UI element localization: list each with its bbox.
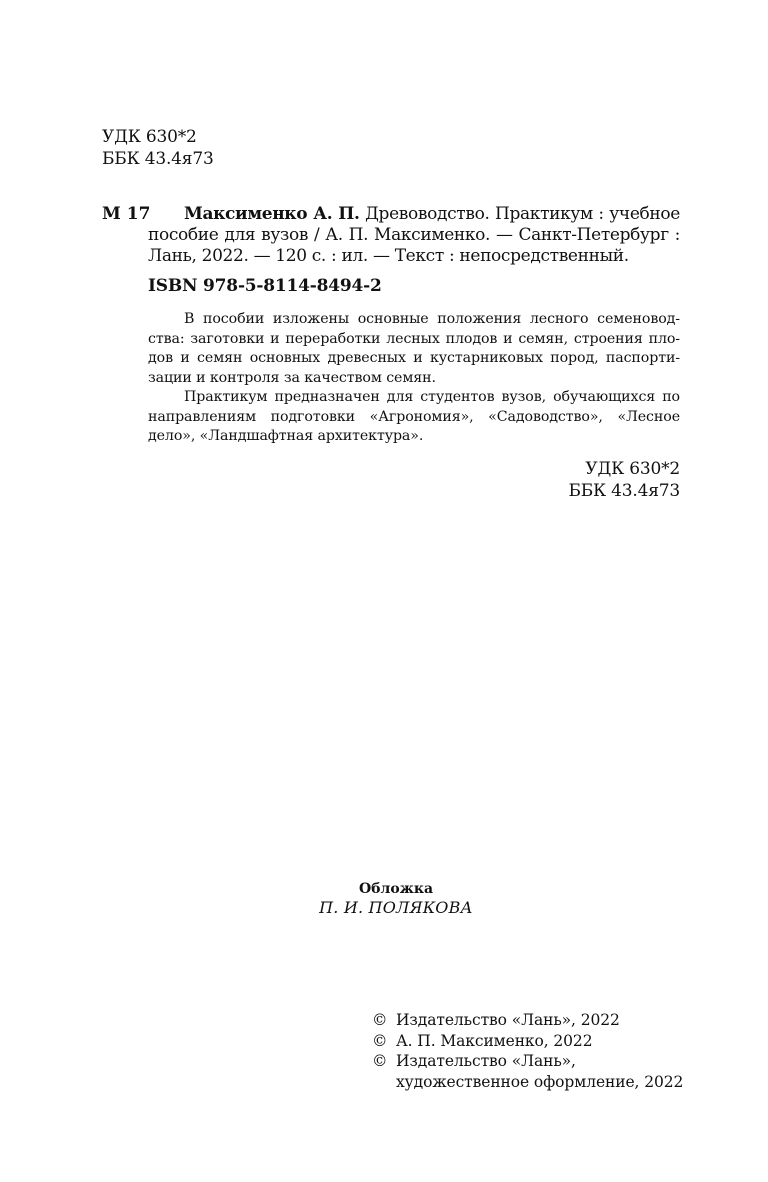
cover-label: Обложка [0,880,768,898]
biblio-line-2: пособие для вузов / А. П. Максименко. — … [148,225,680,246]
author-mark: М 17 [102,204,150,225]
bbk-code: ББК 43.4я73 [568,480,680,502]
annotation: В пособии изложены основные положения ле… [148,310,680,447]
annotation-p1-line: зации и контроля за качеством семян. [148,369,680,389]
annotation-p1-line: В пособии изложены основные положения ле… [148,310,680,330]
copyright-line: © Издательство «Лань», 2022 [372,1010,683,1031]
biblio-line-1: Максименко А. П. Древоводство. Практикум… [148,204,680,225]
classification-codes-top: УДК 630*2 ББК 43.4я73 [102,126,214,170]
annotation-p1-line: дов и семян основных древесных и кустарн… [148,349,680,369]
copyright-line: © А. П. Максименко, 2022 [372,1031,683,1052]
copyright-icon: © [372,1010,396,1031]
copyright-icon: © [372,1051,396,1072]
bbk-code: ББК 43.4я73 [102,148,214,170]
udk-code: УДК 630*2 [568,458,680,480]
copyright-text: А. П. Максименко, 2022 [396,1031,592,1052]
annotation-p2-line: направлениям подготовки «Агрономия», «Са… [148,408,680,428]
classification-codes-right: УДК 630*2 ББК 43.4я73 [568,458,680,502]
copyright-continuation: художественное оформление, 2022 [372,1072,683,1093]
isbn: ISBN 978-5-8114-8494-2 [148,276,382,297]
title-text: Древоводство. Практикум : учебное [360,204,680,224]
cover-designer: П. И. ПОЛЯКОВА [0,898,768,918]
cover-credit: Обложка П. И. ПОЛЯКОВА [0,880,768,918]
biblio-line-3: Лань, 2022. — 120 с. : ил. — Текст : неп… [148,246,680,267]
copyright-line: © Издательство «Лань», [372,1051,683,1072]
copyright-text: Издательство «Лань», 2022 [396,1010,620,1031]
annotation-p1-line: ства: заготовки и переработки лесных пло… [148,330,680,350]
udk-code: УДК 630*2 [102,126,214,148]
copyright-block: © Издательство «Лань», 2022 © А. П. Макс… [372,1010,683,1092]
annotation-p2-line: дело», «Ландшафтная архитектура». [148,427,680,447]
annotation-p2-line: Практикум предназначен для студентов вуз… [148,388,680,408]
author-name: Максименко А. П. [184,204,360,224]
copyright-icon: © [372,1031,396,1052]
copyright-text: Издательство «Лань», [396,1051,576,1072]
bibliographic-description: Максименко А. П. Древоводство. Практикум… [148,204,680,267]
